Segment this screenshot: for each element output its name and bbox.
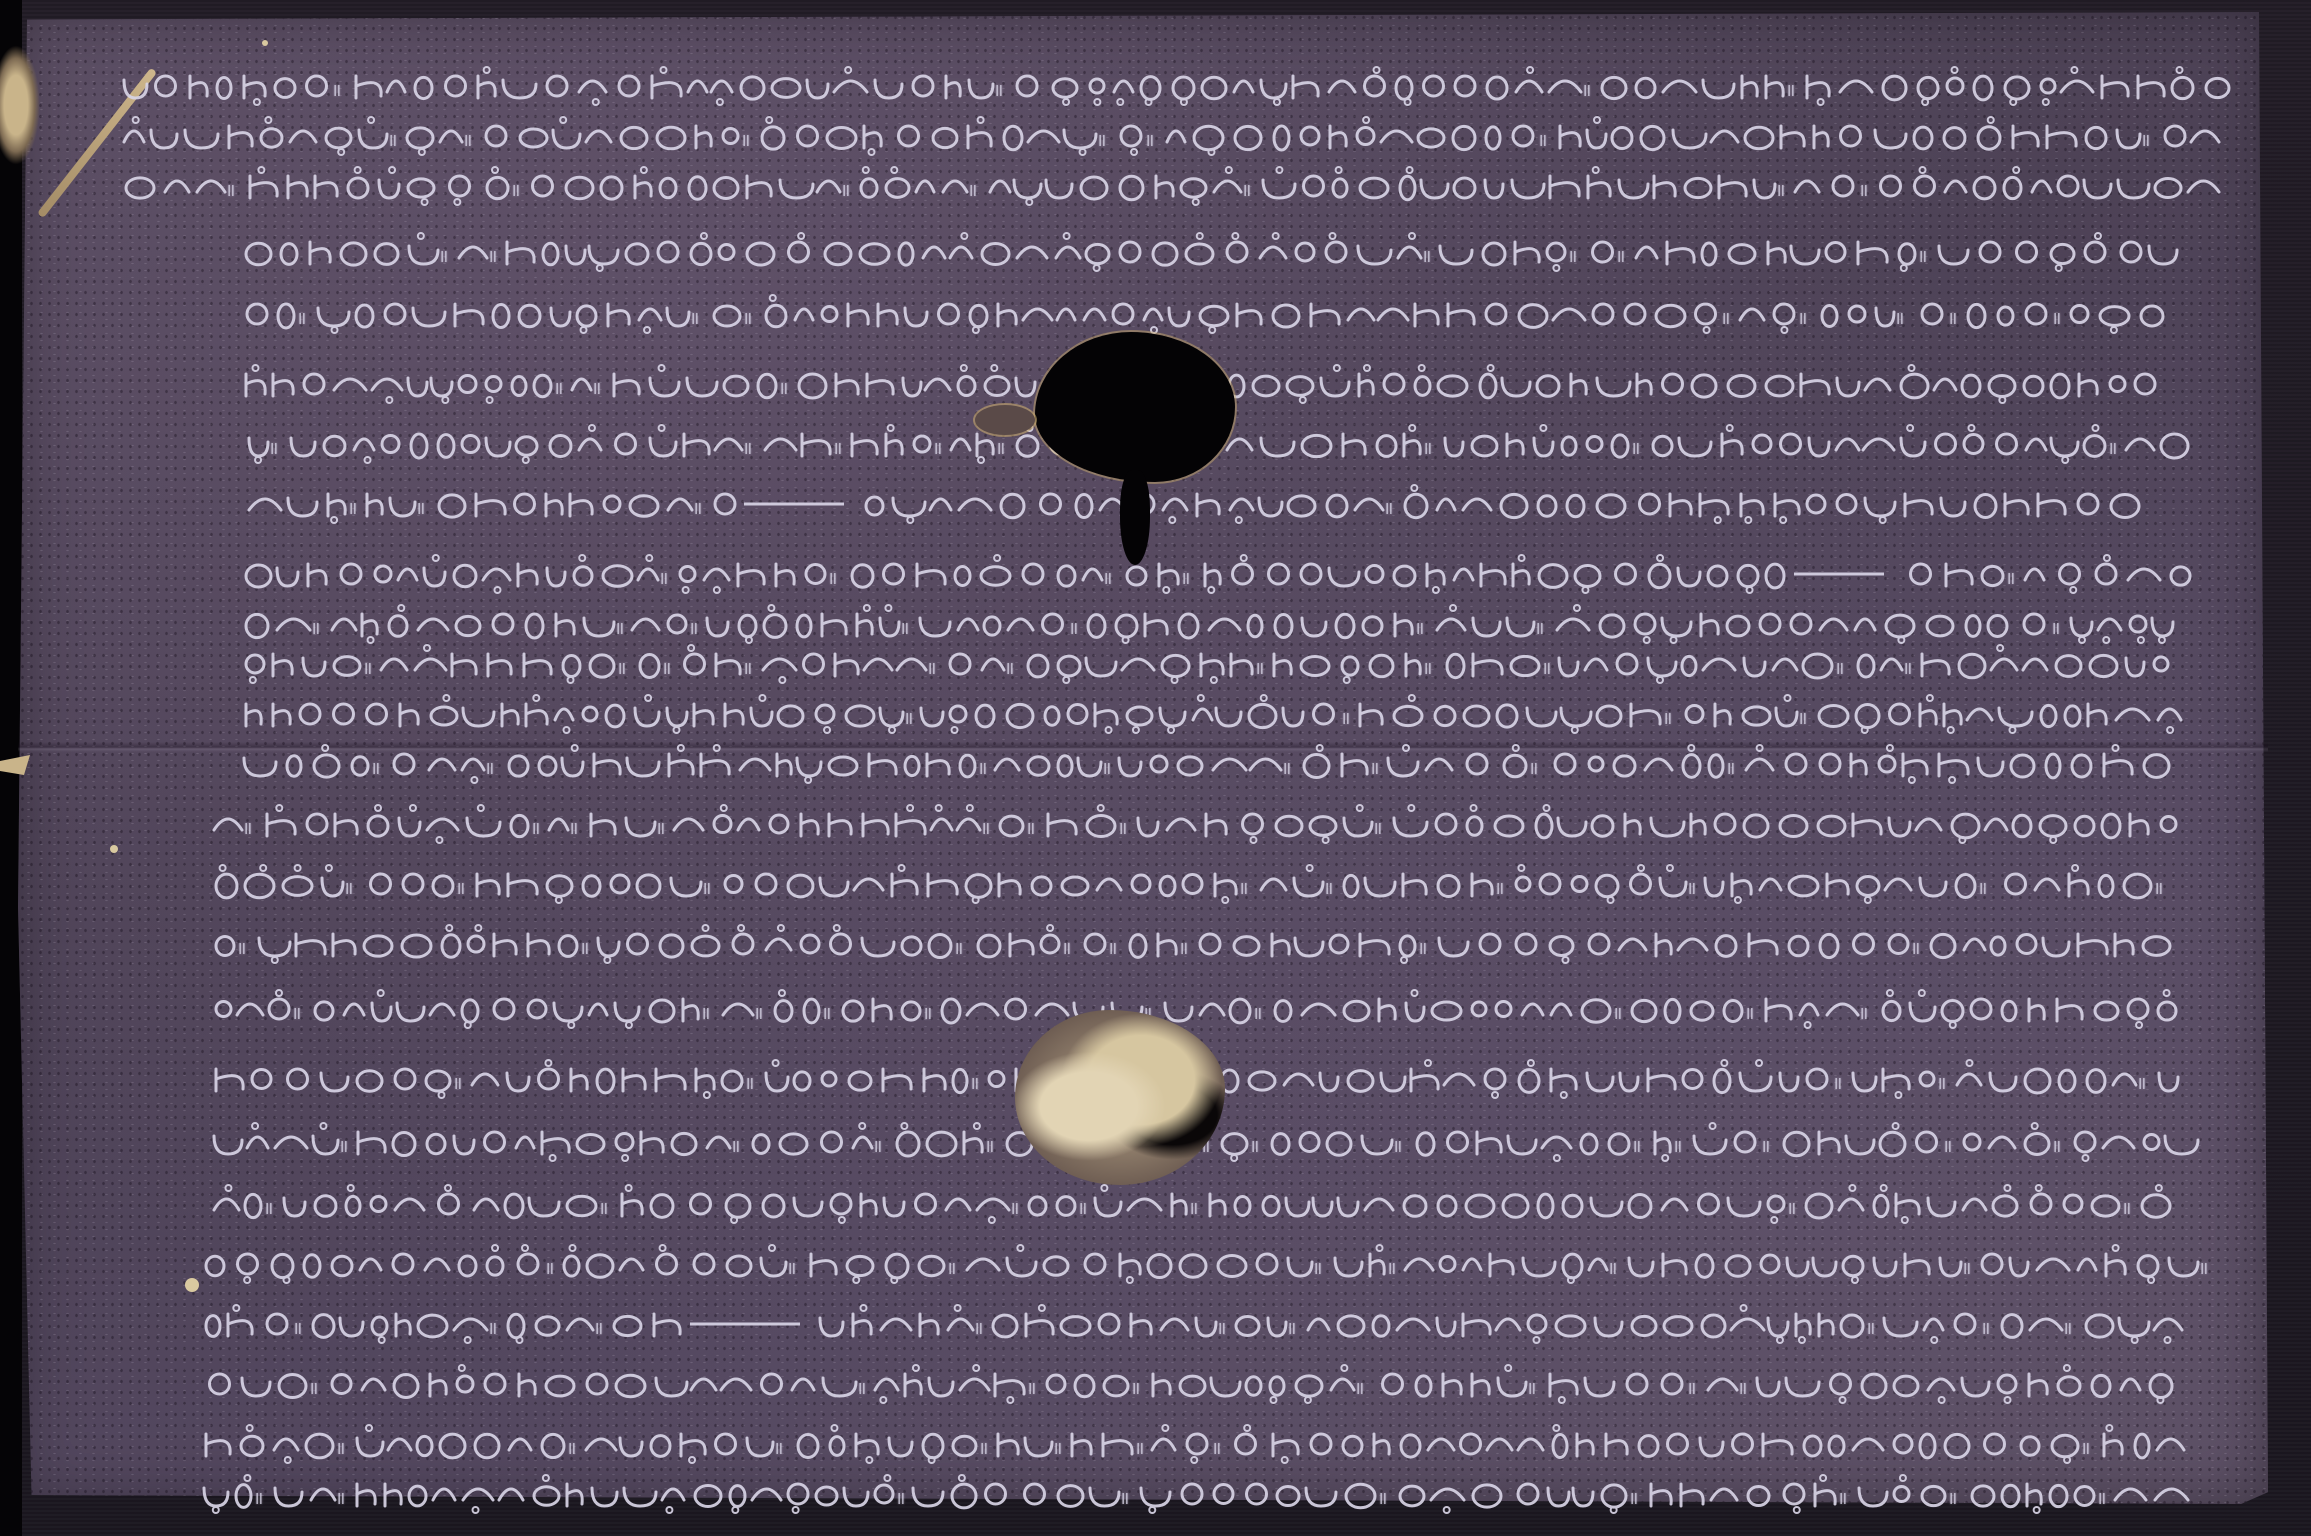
svg-text:။: ။ [389, 123, 403, 153]
svg-text:။: ။ [265, 1191, 279, 1221]
svg-text:။: ။ [1617, 239, 1631, 269]
svg-text:။: ။ [555, 371, 569, 401]
svg-text:။: ။ [901, 611, 915, 641]
svg-text:။: ။ [337, 1481, 351, 1511]
svg-text:။: ။ [1836, 651, 1850, 681]
svg-text:။: ။ [1283, 751, 1297, 781]
svg-text:။: ။ [969, 173, 983, 203]
svg-text:။: ။ [1727, 751, 1741, 781]
paper-speck [262, 40, 268, 46]
svg-text:။: ။ [2200, 1251, 2214, 1281]
svg-text:။: ။ [440, 239, 454, 269]
manuscript-line: ။။။။။။။ [120, 112, 2250, 156]
svg-text:။: ။ [1938, 1066, 1952, 1096]
svg-text:။: ။ [2123, 1191, 2137, 1221]
manuscript-line: ။။။။။။။။ [210, 920, 2210, 964]
svg-text:။: ။ [1949, 301, 1963, 331]
svg-text:။: ။ [1063, 931, 1077, 961]
svg-text:။: ။ [1949, 1481, 1963, 1511]
svg-text:။: ။ [690, 611, 704, 641]
svg-text:။: ။ [971, 1066, 985, 1096]
svg-text:။: ။ [1182, 561, 1196, 591]
svg-text:။: ။ [2052, 611, 2066, 641]
svg-text:။: ။ [1543, 651, 1557, 681]
svg-text:။: ။ [2098, 1481, 2112, 1511]
svg-text:။: ။ [1609, 1251, 1623, 1281]
manuscript-line: ။။။။။ [240, 550, 2200, 594]
svg-text:။: ။ [1243, 173, 1257, 203]
svg-text:။: ။ [298, 301, 312, 331]
svg-text:။: ။ [294, 1311, 308, 1341]
svg-text:။: ။ [568, 1431, 582, 1461]
svg-text:။: ။ [1251, 1129, 1265, 1159]
svg-text:။: ။ [1371, 751, 1385, 781]
svg-text:။: ။ [238, 931, 252, 961]
svg-text:။: ။ [1904, 651, 1918, 681]
svg-text:။: ။ [1982, 1311, 1996, 1341]
svg-text:။: ။ [293, 996, 307, 1026]
svg-text:။: ။ [1867, 1311, 1881, 1341]
svg-text:။: ။ [2007, 561, 2021, 591]
svg-text:။: ။ [834, 431, 848, 461]
svg-text:။: ။ [486, 751, 500, 781]
svg-text:။: ။ [1536, 611, 1550, 641]
svg-text:။: ။ [2082, 1431, 2096, 1461]
paper-speck [110, 845, 118, 853]
svg-text:။: ။ [1530, 751, 1544, 781]
svg-text:။: ။ [1424, 431, 1438, 461]
svg-text:။: ။ [1860, 996, 1874, 1026]
svg-text:။: ။ [2053, 1129, 2067, 1159]
svg-text:။: ။ [1070, 611, 1084, 641]
svg-text:။: ။ [417, 491, 431, 521]
manuscript-line: ။။။။ [240, 690, 2210, 734]
svg-text:။: ။ [1944, 1129, 1958, 1159]
manuscript-line: ။။။။။။ [240, 228, 2200, 272]
svg-text:။: ။ [1256, 651, 1270, 681]
svg-text:။: ။ [345, 871, 359, 901]
svg-text:။: ။ [744, 651, 758, 681]
svg-text:။: ။ [897, 1481, 911, 1511]
svg-text:။: ။ [744, 431, 758, 461]
svg-text:။: ။ [457, 871, 471, 901]
svg-text:။: ။ [1963, 1251, 1977, 1281]
svg-text:။: ။ [1423, 239, 1437, 269]
svg-text:။: ။ [691, 301, 705, 331]
svg-text:။: ။ [2053, 301, 2067, 331]
svg-text:။: ။ [364, 651, 378, 681]
upper-hole [1035, 332, 1235, 482]
manuscript-line: ။။။။။။။။။။။ [240, 640, 2200, 684]
svg-text:။: ။ [255, 1481, 269, 1511]
svg-text:။: ။ [1739, 1371, 1753, 1401]
svg-text:။: ။ [1688, 1371, 1702, 1401]
manuscript-line: ။။။။။။။။ [240, 290, 2200, 334]
svg-text:။: ။ [780, 371, 794, 401]
svg-text:။: ။ [1028, 1371, 1042, 1401]
svg-text:။: ။ [1416, 611, 1430, 641]
manuscript-line: ။။။။။။။။ [240, 600, 2190, 644]
svg-text:။: ။ [1896, 301, 1910, 331]
svg-text:။: ။ [982, 811, 996, 841]
manuscript-line: ။။။။။။။ [210, 1180, 2200, 1224]
svg-text:။: ။ [593, 371, 607, 401]
svg-text:။: ။ [663, 651, 677, 681]
svg-text:။: ။ [986, 1129, 1000, 1159]
svg-text:။: ။ [333, 73, 347, 103]
svg-text:။: ။ [928, 651, 942, 681]
svg-text:။: ။ [995, 73, 1009, 103]
svg-text:။: ။ [546, 1251, 560, 1281]
svg-text:။: ။ [1394, 1129, 1408, 1159]
svg-text:။: ။ [1240, 871, 1254, 901]
svg-text:။: ။ [1777, 173, 1791, 203]
svg-text:။: ။ [1979, 871, 1993, 901]
manuscript-text: ။။။။။။။။။။။။။။။။။။။။။။။။။။။။။။။။။။။။။။။။… [0, 0, 2311, 1536]
svg-text:။: ။ [955, 931, 969, 961]
svg-text:။: ။ [618, 651, 632, 681]
svg-text:။: ။ [2142, 123, 2156, 153]
svg-text:။: ။ [1674, 1129, 1688, 1159]
svg-text:။: ။ [1218, 1311, 1232, 1341]
svg-text:။: ။ [1098, 123, 1112, 153]
svg-text:။: ။ [464, 123, 478, 153]
svg-text:။: ။ [1539, 123, 1553, 153]
manuscript-line: ။။။။။။။။ [200, 1240, 2220, 1284]
svg-text:။: ။ [1180, 931, 1194, 961]
svg-text:။: ။ [1325, 871, 1339, 901]
svg-text:။: ။ [1633, 1129, 1647, 1159]
svg-text:။: ။ [1027, 811, 1041, 841]
manuscript-line: ။။။။ [245, 480, 2165, 524]
svg-text:။: ။ [975, 1311, 989, 1341]
svg-text:။: ။ [948, 1251, 962, 1281]
svg-text:။: ။ [732, 1129, 746, 1159]
svg-text:။: ။ [905, 701, 919, 731]
upper-hole-flap [975, 405, 1035, 435]
svg-text:။: ။ [1288, 1311, 1302, 1341]
svg-text:။: ။ [616, 611, 630, 641]
svg-text:။: ။ [489, 239, 503, 269]
manuscript-line: ။။။။။။။။။ [210, 860, 2200, 904]
svg-text:။: ။ [1632, 431, 1646, 461]
svg-text:။: ။ [1569, 239, 1583, 269]
svg-text:။: ။ [1583, 73, 1597, 103]
svg-text:။: ။ [874, 1129, 888, 1159]
manuscript-line: ။။။။။။။။။။ [210, 985, 2210, 1029]
manuscript-line: ။။။။။။။။ [240, 740, 2200, 784]
svg-text:။: ။ [924, 996, 938, 1026]
svg-text:။: ။ [997, 431, 1011, 461]
svg-text:။: ။ [755, 996, 769, 1026]
svg-text:။: ။ [934, 431, 948, 461]
svg-text:။: ။ [1314, 1251, 1328, 1281]
svg-text:။: ။ [1688, 871, 1702, 901]
svg-text:။: ။ [742, 123, 756, 153]
svg-text:။: ။ [1912, 931, 1926, 961]
manuscript-line: ။။။။ [120, 62, 2240, 106]
svg-text:။: ။ [1342, 701, 1356, 731]
svg-text:။: ။ [979, 751, 993, 781]
svg-text:။: ။ [1011, 1191, 1025, 1221]
svg-text:။: ။ [980, 1431, 994, 1461]
svg-text:။: ။ [1722, 301, 1736, 331]
svg-text:။: ။ [1746, 996, 1760, 1026]
svg-text:။: ။ [1787, 73, 1801, 103]
svg-text:။: ။ [1103, 751, 1117, 781]
svg-text:။: ။ [570, 811, 584, 841]
svg-text:။: ။ [1374, 811, 1388, 841]
svg-text:။: ။ [823, 996, 837, 1026]
svg-text:။: ။ [1109, 931, 1123, 961]
svg-text:။: ။ [1213, 1431, 1227, 1461]
manuscript-line: ။။။။။။။။။ [200, 1300, 2200, 1344]
svg-text:။: ။ [829, 561, 843, 591]
svg-text:။: ။ [1121, 1481, 1135, 1511]
svg-text:။: ။ [1006, 651, 1020, 681]
svg-text:။: ။ [532, 811, 546, 841]
svg-text:။: ။ [703, 871, 717, 901]
svg-text:။: ။ [1664, 701, 1678, 731]
svg-text:။: ။ [1119, 811, 1133, 841]
svg-text:။: ။ [270, 431, 284, 461]
svg-text:။: ။ [1254, 996, 1268, 1026]
svg-text:။: ။ [842, 173, 856, 203]
manuscript-line: ။။။။။။။။ [200, 1360, 2200, 1404]
svg-text:။: ။ [512, 173, 526, 203]
svg-text:။: ။ [1054, 1431, 1068, 1461]
svg-text:။: ။ [1424, 651, 1438, 681]
svg-text:။: ။ [1385, 491, 1399, 521]
svg-text:။: ။ [1136, 1431, 1150, 1461]
svg-text:။: ။ [1419, 931, 1433, 961]
svg-text:။: ။ [340, 1129, 354, 1159]
svg-text:။: ။ [1388, 1251, 1402, 1281]
svg-text:။: ။ [1630, 1481, 1644, 1511]
svg-text:။: ။ [702, 996, 716, 1026]
svg-text:။: ။ [372, 751, 386, 781]
svg-text:။: ။ [746, 1066, 760, 1096]
svg-text:။: ။ [1788, 1191, 1802, 1221]
svg-text:။: ။ [1146, 123, 1160, 153]
manuscript-line: ။။။။။။။ [120, 162, 2240, 206]
svg-text:။: ။ [788, 1251, 802, 1281]
svg-text:။: ။ [1132, 1371, 1146, 1401]
svg-text:။: ။ [744, 301, 758, 331]
svg-text:။: ။ [1614, 996, 1628, 1026]
svg-text:။: ။ [694, 491, 708, 521]
upper-hole-tail [1120, 470, 1150, 565]
svg-text:။: ။ [337, 1431, 351, 1461]
svg-text:။: ။ [312, 611, 326, 641]
svg-text:။: ။ [2138, 1066, 2152, 1096]
svg-text:။: ။ [1762, 1129, 1776, 1159]
manuscript-line: ။။။။။။။။။ [200, 1470, 2200, 1514]
svg-text:။: ။ [1496, 871, 1510, 901]
paper-speck [185, 1278, 199, 1292]
svg-text:။: ။ [657, 811, 671, 841]
svg-text:။: ။ [775, 1431, 789, 1461]
svg-text:။: ။ [489, 1311, 503, 1341]
svg-text:။: ။ [227, 173, 241, 203]
svg-text:။: ။ [660, 561, 674, 591]
svg-text:။: ။ [595, 1311, 609, 1341]
svg-text:။: ။ [1079, 1191, 1093, 1221]
svg-text:။: ။ [1190, 1191, 1204, 1221]
svg-text:။: ။ [1528, 1371, 1542, 1401]
svg-text:။: ။ [2064, 1311, 2078, 1341]
svg-text:။: ။ [2155, 871, 2169, 901]
svg-text:။: ။ [1356, 1371, 1370, 1401]
svg-text:။: ။ [600, 1191, 614, 1221]
svg-text:။: ။ [349, 491, 363, 521]
svg-text:။: ။ [1834, 1066, 1848, 1096]
svg-text:။: ။ [2109, 431, 2123, 461]
svg-text:။: ။ [244, 811, 258, 841]
svg-text:။: ။ [581, 931, 595, 961]
svg-text:။: ။ [310, 1371, 324, 1401]
svg-text:။: ။ [1379, 1481, 1393, 1511]
svg-text:။: ။ [1839, 1481, 1853, 1511]
manuscript-line: ။။။။။။။။ [200, 1420, 2200, 1464]
manuscript-line: ။။။။။။။။ [210, 800, 2200, 844]
svg-text:။: ။ [1104, 561, 1118, 591]
svg-text:။: ။ [1799, 301, 1813, 331]
svg-text:။: ။ [454, 1066, 468, 1096]
svg-text:။: ။ [1860, 173, 1874, 203]
svg-text:။: ။ [1919, 239, 1933, 269]
svg-text:။: ။ [1799, 701, 1813, 731]
svg-text:။: ။ [858, 1371, 872, 1401]
